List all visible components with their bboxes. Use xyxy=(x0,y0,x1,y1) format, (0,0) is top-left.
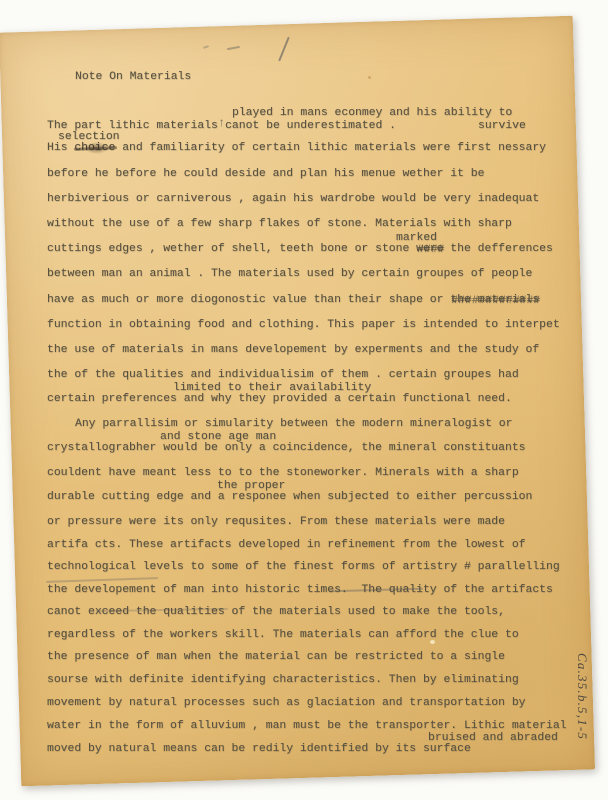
scan-background: Note On Materials played in mans econmey… xyxy=(0,0,608,800)
typed-text-layer: Note On Materials played in mans econmey… xyxy=(0,0,608,800)
typed-line: artifa cts. These artifacts developed in… xyxy=(47,538,526,552)
typed-line: Any parrallisim or simularity between th… xyxy=(75,417,512,431)
typed-line: moved by natural means can be redily ide… xyxy=(47,742,471,756)
typed-line: between man an animal . The materials us… xyxy=(47,267,532,281)
typed-line: durable cutting edge and a responee when… xyxy=(47,490,532,504)
typed-text: canot be underestimated . survive xyxy=(225,120,526,132)
typed-line: technological levels to some of the fine… xyxy=(47,560,560,574)
typed-line: have as much or more diogonostic value t… xyxy=(47,293,539,307)
typed-line: without the use of a few sharp flakes of… xyxy=(47,217,512,231)
typed-line: canot exceed the qualities of the materi… xyxy=(47,605,505,619)
typed-line: crystallograbher would be only a coincid… xyxy=(47,441,526,455)
typed-line: regardless of the workers skill. The mat… xyxy=(47,628,519,642)
typed-line: couldent have meant less to to the stone… xyxy=(47,466,519,480)
typed-text: cuttings edges , wether of shell, teeth … xyxy=(47,243,416,255)
hash-struck-word: the materials xyxy=(450,293,539,307)
typed-line: herbiverious or carniverous , again his … xyxy=(47,192,539,206)
typed-line: movement by natural processes such as gl… xyxy=(47,696,526,710)
typed-text: the defferences xyxy=(443,243,552,255)
typed-line: the developement of man into historic ti… xyxy=(47,583,553,597)
typed-line: certain preferences and why they provide… xyxy=(47,392,512,406)
hash-struck-word: were xyxy=(416,242,443,256)
typed-text: have as much or more diogonostic value t… xyxy=(47,294,450,306)
typed-line: or pressure were its only requsites. Fro… xyxy=(47,515,505,529)
document-title: Note On Materials xyxy=(75,70,191,84)
typed-line: the presence of man when the material ca… xyxy=(47,650,505,664)
typed-line: the of the qualities and individualisim … xyxy=(47,368,519,382)
typed-line: His choice and familiarity of certain li… xyxy=(47,141,546,155)
typed-line: before he before he could deside and pla… xyxy=(47,167,484,181)
typed-text: His xyxy=(47,142,74,154)
struck-out-word: choice xyxy=(74,141,115,155)
typed-line: sourse with definite identifying charact… xyxy=(47,673,519,687)
handwritten-catalog-number: Ca.35.b.5,1-5 xyxy=(575,653,589,740)
typed-line: function in obtaining food and clothing.… xyxy=(47,318,560,332)
typed-line: the use of materials in mans developemen… xyxy=(47,343,539,357)
pencil-caret-icon: ↑ xyxy=(218,116,225,130)
typed-text: and familiarity of certain lithic materi… xyxy=(115,142,546,154)
typed-line: cuttings edges , wether of shell, teeth … xyxy=(47,242,553,256)
